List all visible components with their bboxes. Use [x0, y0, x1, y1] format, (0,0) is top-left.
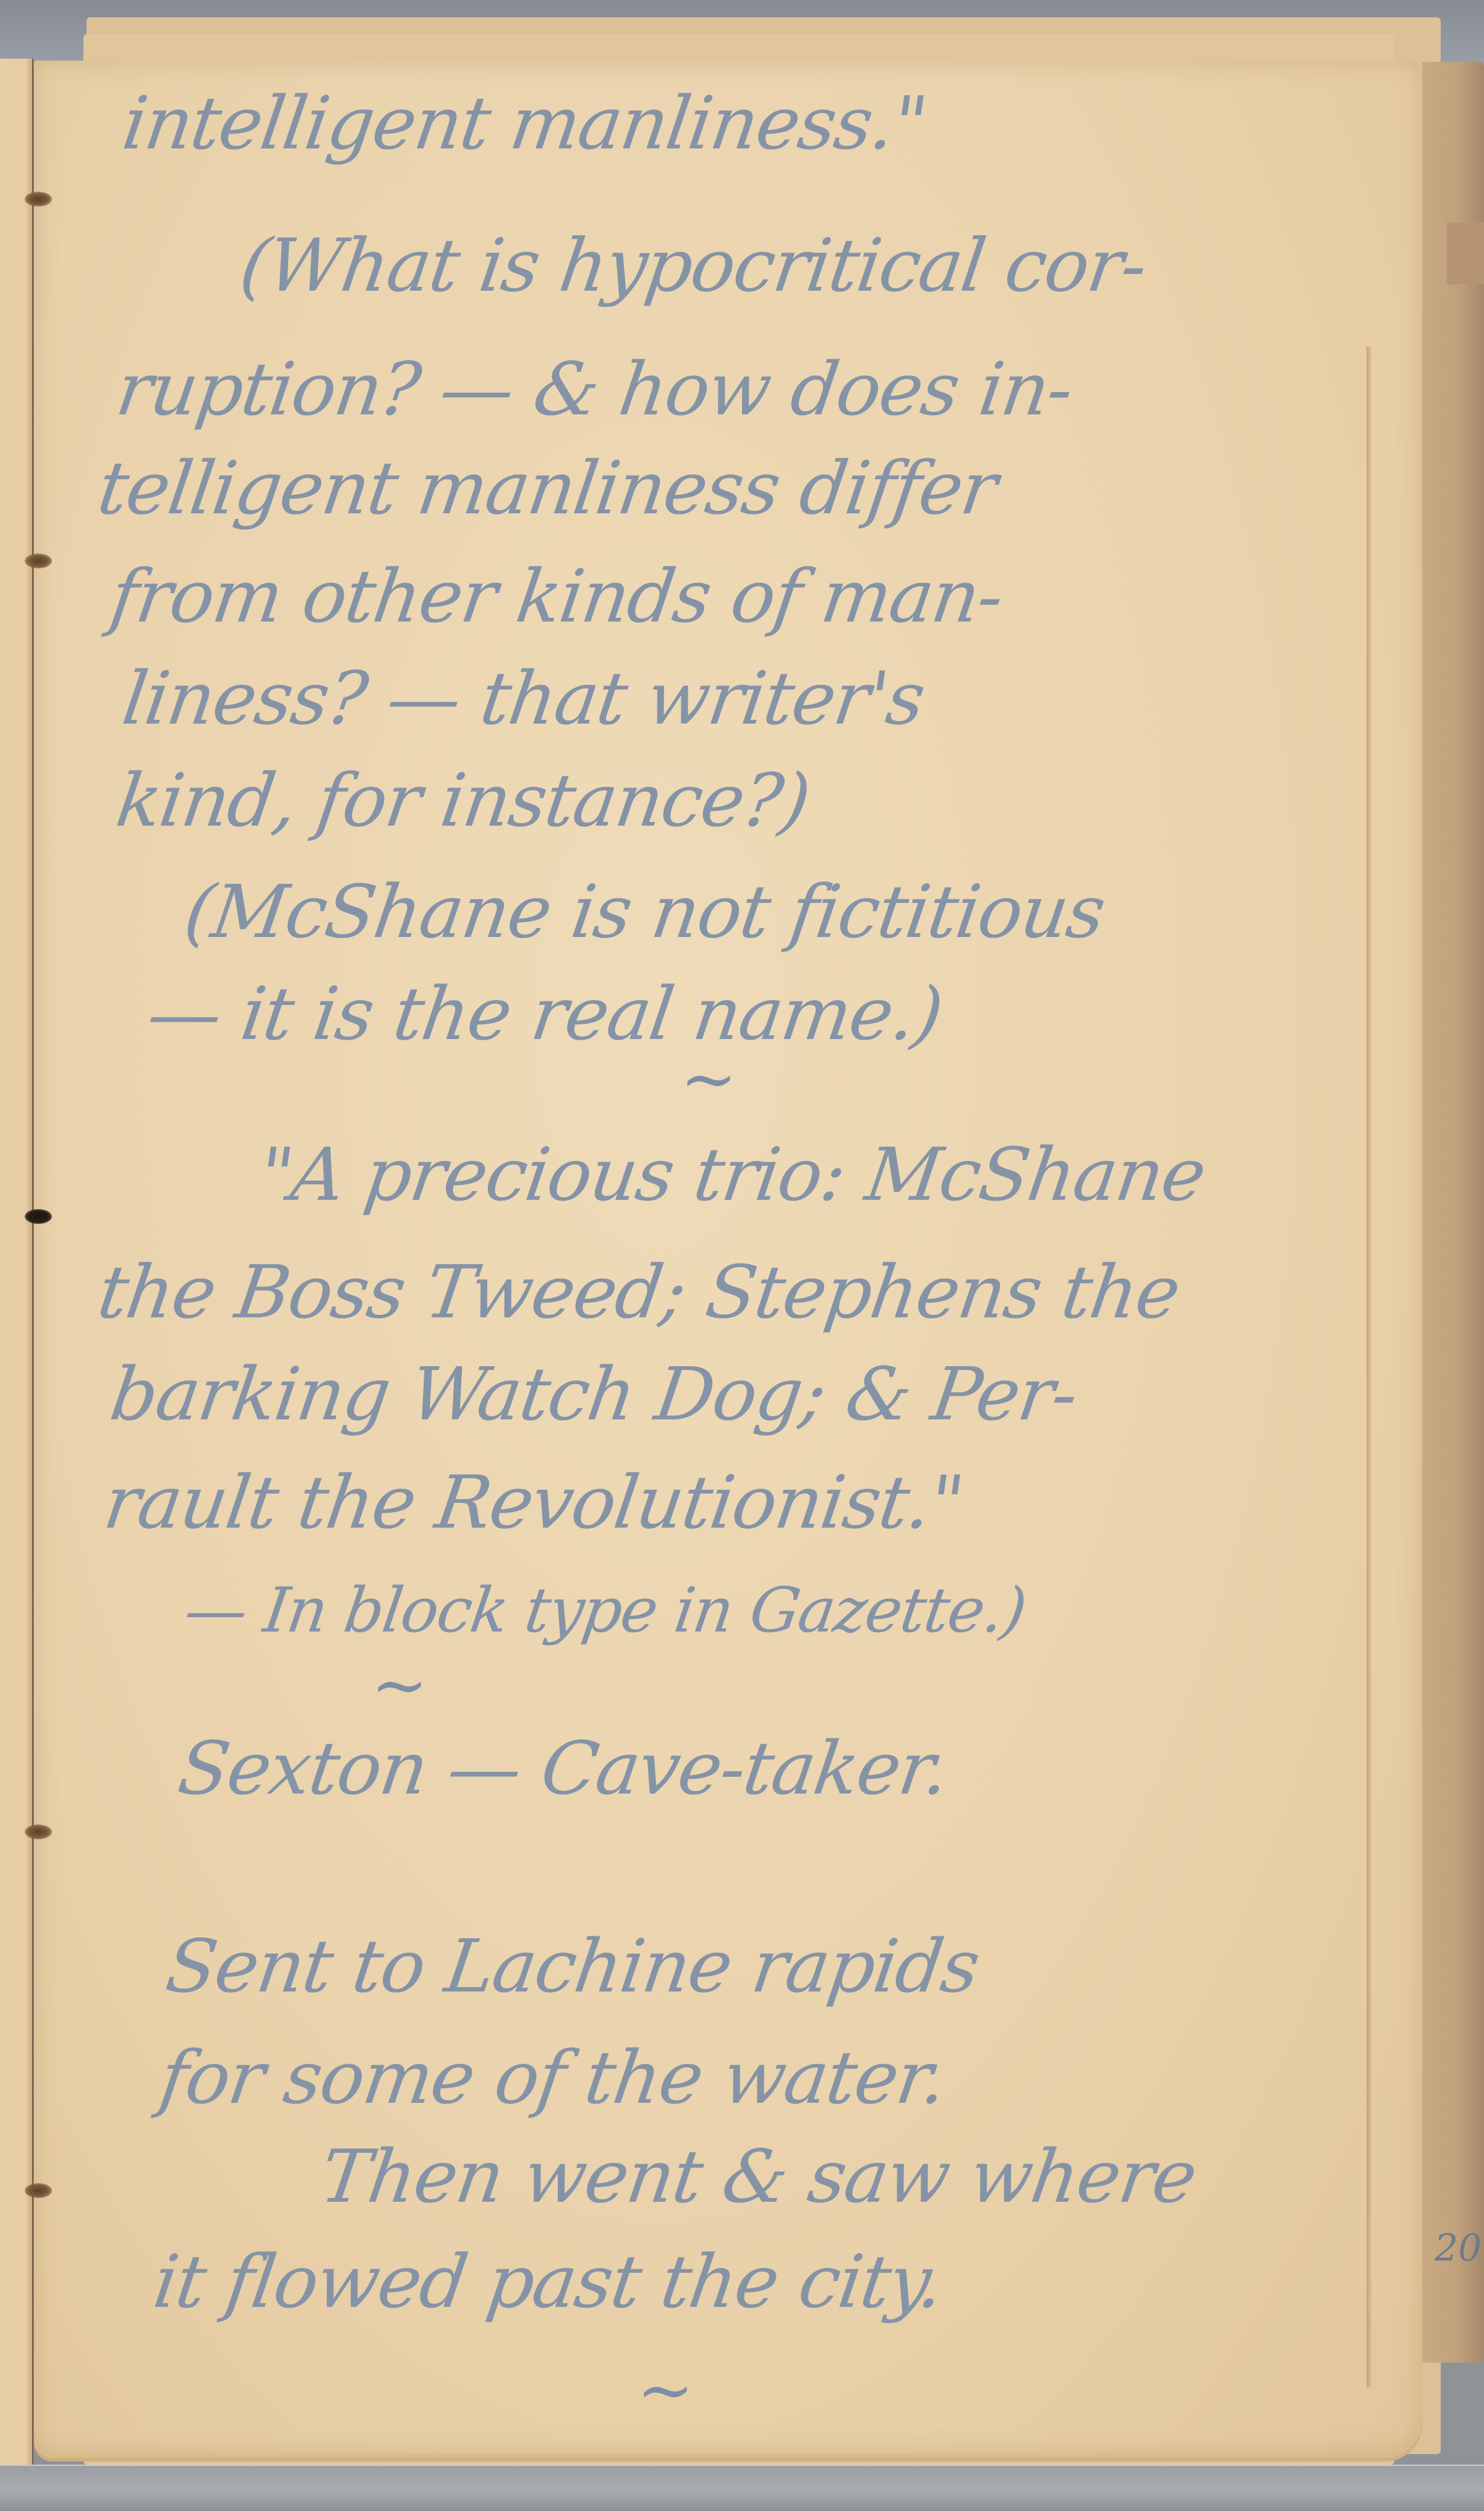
text-line: (McShane is not fictitious	[179, 869, 1109, 954]
text-line: telligent manliness differ	[93, 445, 1001, 531]
section-divider: ~	[680, 1039, 737, 1118]
handwritten-text: intelligent manliness." (What is hypocri…	[0, 0, 1484, 2511]
section-divider: ~	[371, 1645, 428, 1724]
text-line: Sexton — Cave-taker.	[173, 1726, 953, 1811]
text-line: liness? — that writer's	[117, 656, 929, 741]
text-line: it flowed past the city.	[148, 2239, 947, 2324]
text-line: rault the Revolutionist."	[99, 1460, 968, 1545]
text-line: ruption? — & how does in-	[111, 346, 1077, 432]
text-line: — it is the real name.)	[142, 971, 947, 1056]
text-line: barking Watch Dog; & Per-	[105, 1351, 1082, 1437]
archival-sleeve	[0, 2465, 1484, 2511]
text-line: — In block type in Gazette.)	[181, 1574, 1030, 1646]
text-line: (What is hypocritical cor-	[235, 223, 1151, 308]
text-line: from other kinds of man-	[105, 554, 1007, 639]
text-line: intelligent manliness."	[117, 80, 931, 166]
text-line: the Boss Tweed; Stephens the	[93, 1249, 1184, 1335]
page-number-fragment: 20	[1435, 2227, 1482, 2270]
text-line: for some of the water.	[155, 2035, 950, 2120]
section-divider: ~	[637, 2350, 694, 2429]
text-line: Then went & saw where	[315, 2134, 1201, 2219]
text-line: kind, for instance?)	[111, 758, 814, 843]
text-line: Sent to Lachine rapids	[161, 1923, 984, 2009]
text-line: "A precious trio: McShane	[254, 1132, 1210, 1217]
